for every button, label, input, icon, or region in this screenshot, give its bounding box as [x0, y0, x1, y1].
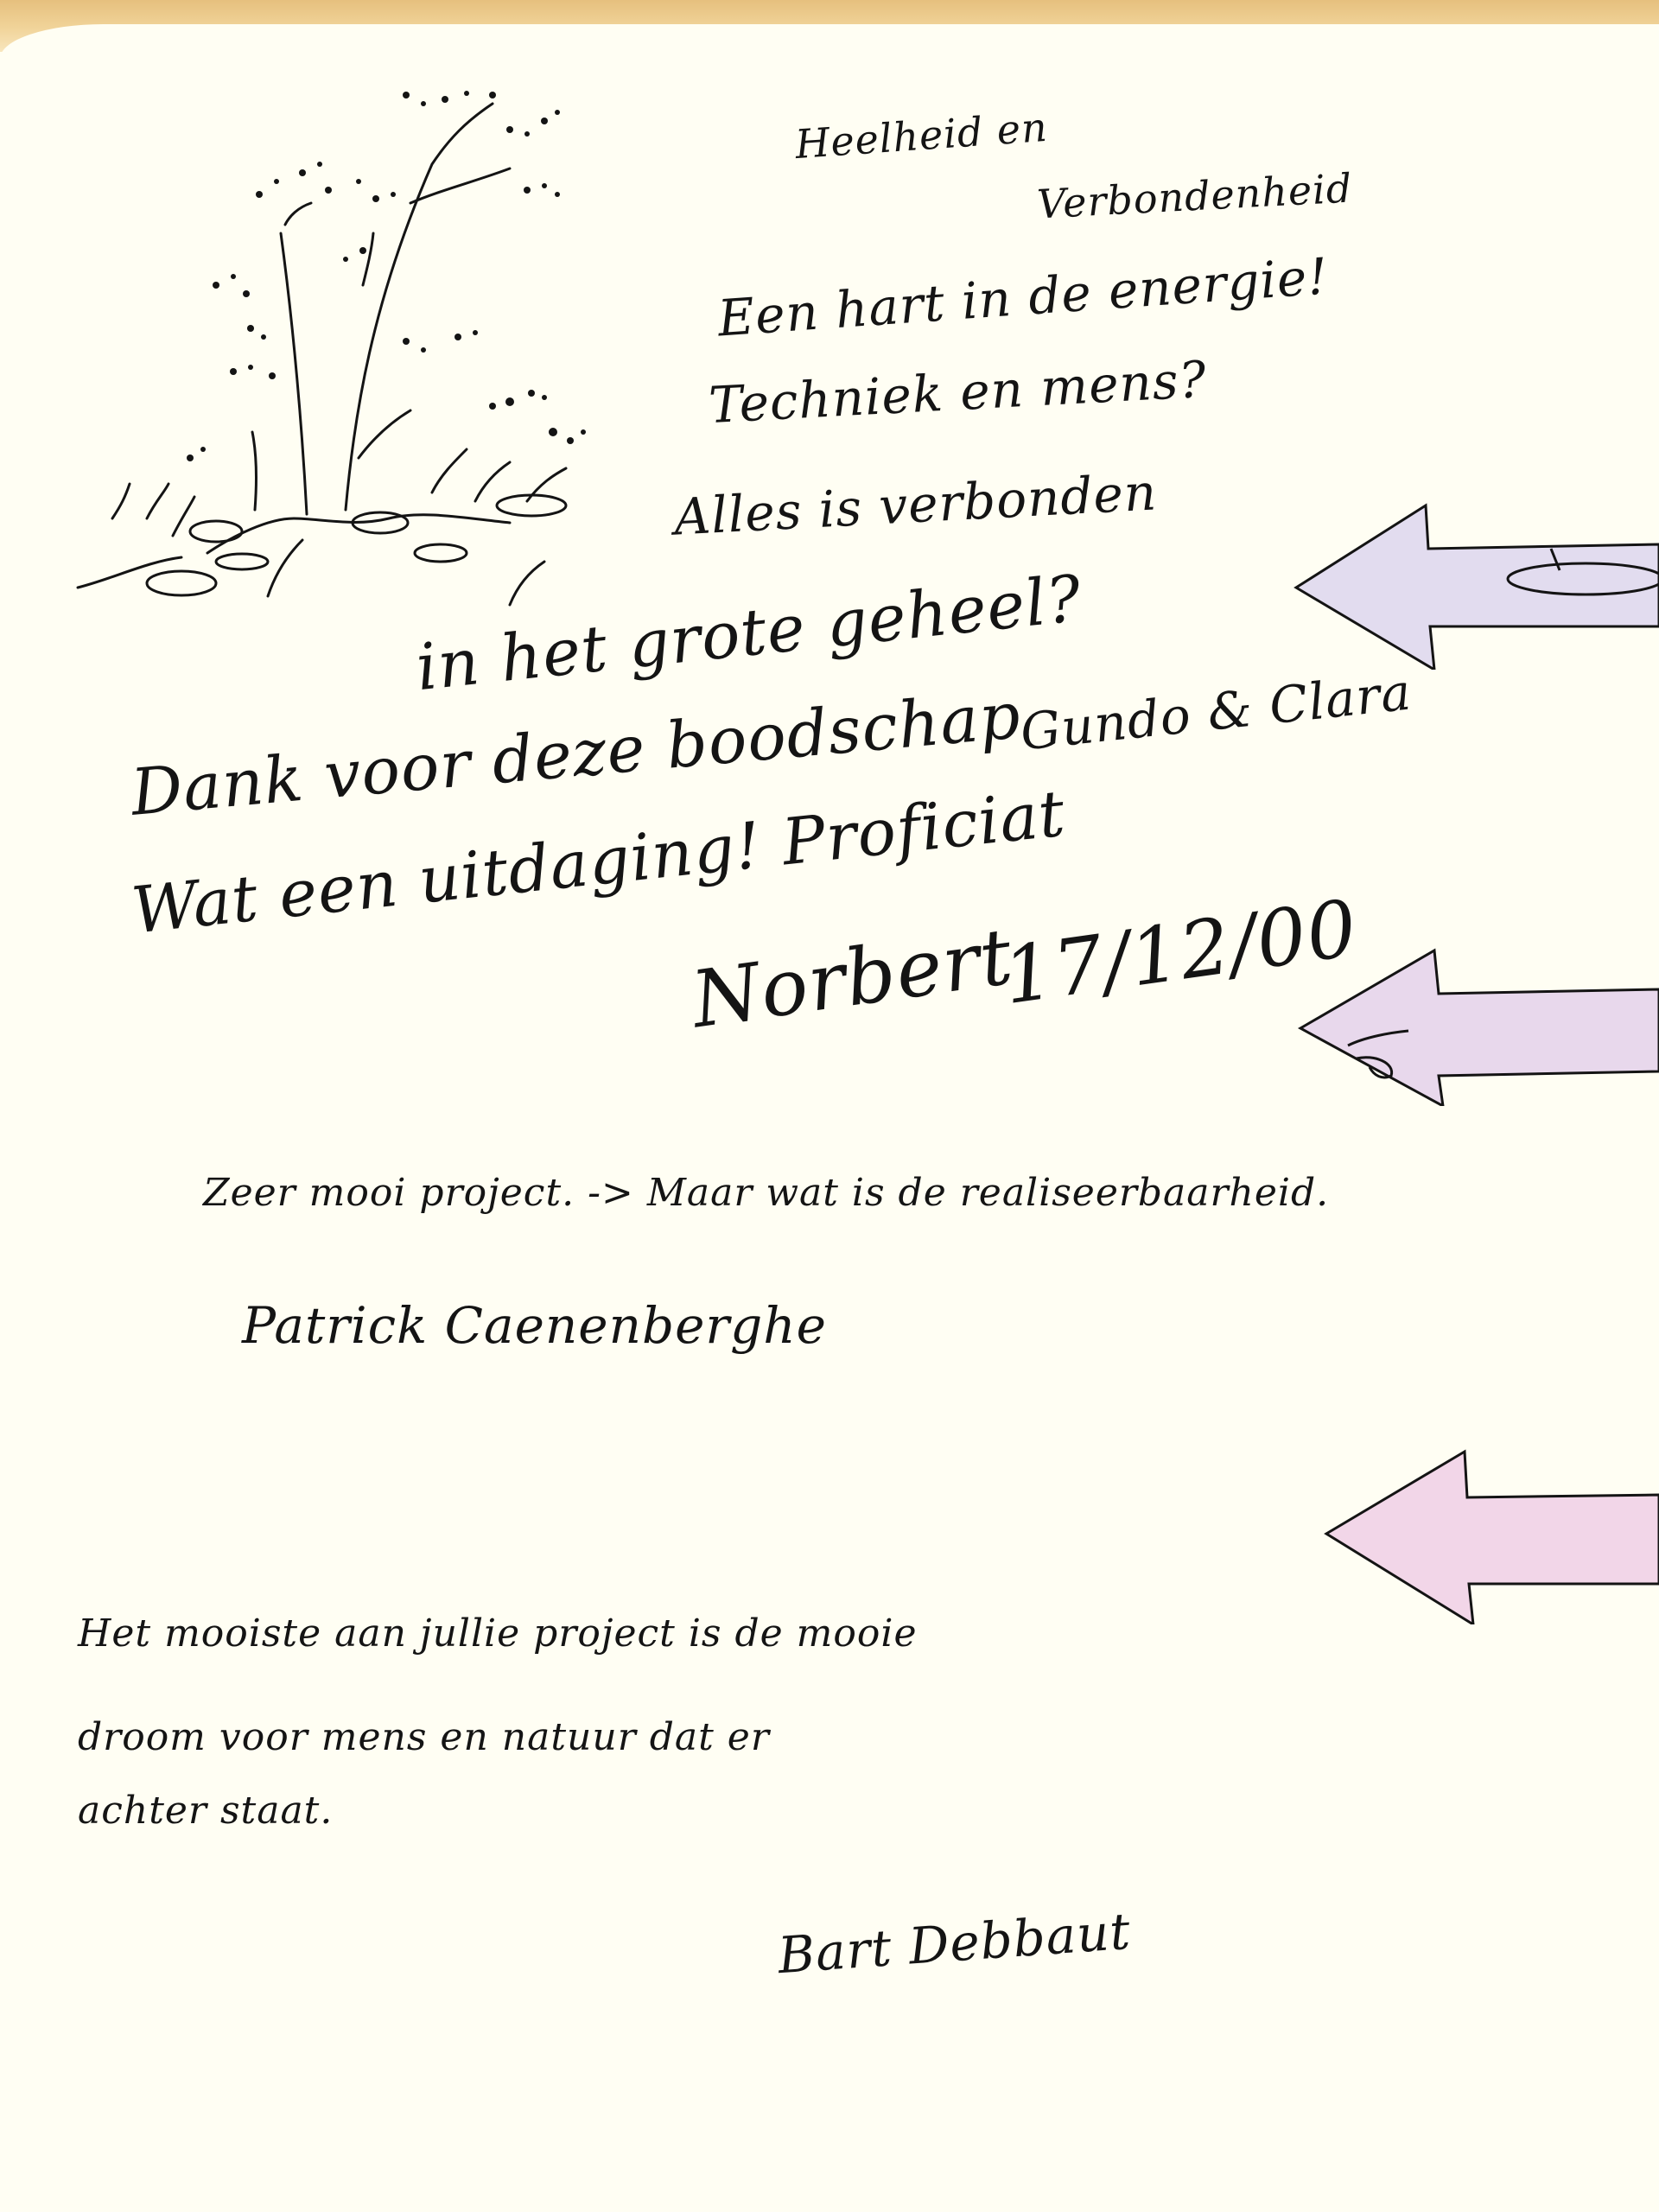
arrow-left-icon: [1296, 946, 1659, 1106]
arrow-left-icon: [1292, 497, 1659, 670]
plant-sketch-icon: [60, 69, 613, 622]
entry-bart-line-1: Het mooiste aan jullie project is de moo…: [78, 1611, 917, 1656]
entry-patrick-signature: Patrick Caenenberghe: [242, 1296, 827, 1355]
entry-patrick-text: Zeer mooi project. -> Maar wat is de rea…: [203, 1171, 1329, 1215]
entry-bart-line-3: achter staat.: [78, 1789, 333, 1833]
arrow-left-icon: [1322, 1447, 1659, 1624]
entry-bart-line-2: droom voor mens en natuur dat er: [78, 1715, 770, 1759]
